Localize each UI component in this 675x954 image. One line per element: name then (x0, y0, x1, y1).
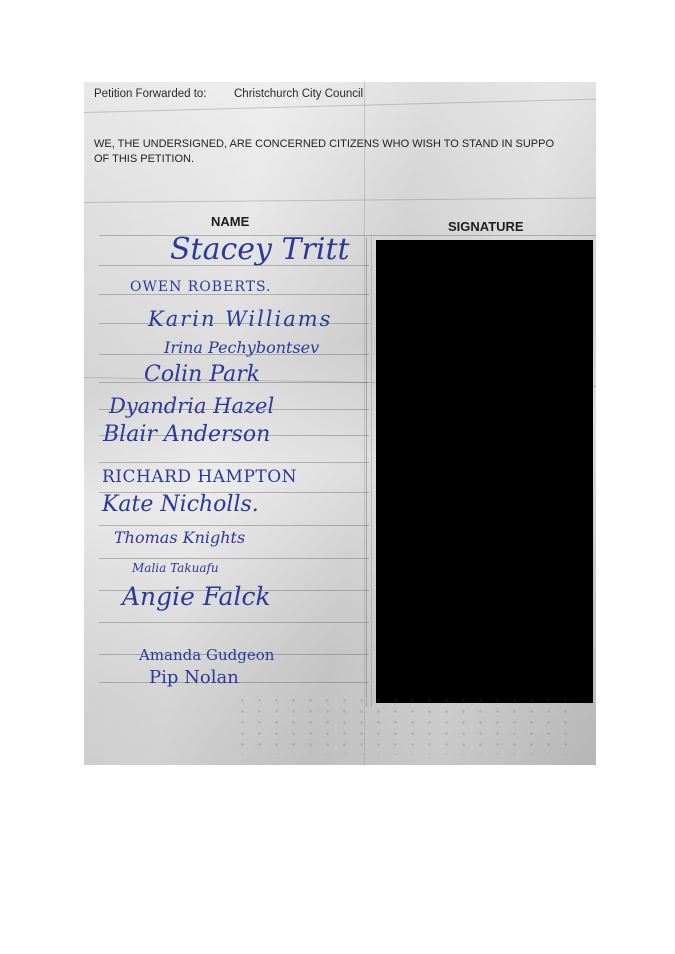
column-divider (371, 237, 372, 707)
signatory-name: Karin Williams (148, 307, 332, 331)
petition-photo: Petition Forwarded to: Christchurch City… (84, 82, 596, 765)
signatory-name: Malia Takuafu (132, 561, 219, 575)
signatory-name: Blair Anderson (103, 422, 270, 447)
signatory-name: Thomas Knights (114, 528, 245, 547)
column-header-name: NAME (211, 214, 249, 229)
statement-line-1: WE, THE UNDERSIGNED, ARE CONCERNED CITIZ… (94, 137, 596, 152)
signatory-name: OWEN ROBERTS. (130, 279, 272, 295)
forwarded-to: Christchurch City Council (234, 88, 363, 100)
ruled-line (99, 558, 369, 559)
signatory-name: Dyandria Hazel (109, 394, 274, 418)
paper-crease (84, 197, 596, 203)
forwarded-line: Petition Forwarded to: Christchurch City… (94, 88, 207, 100)
signature-redaction (376, 240, 593, 703)
signatory-name: Irina Pechybontsev (164, 338, 319, 357)
petition-statement: WE, THE UNDERSIGNED, ARE CONCERNED CITIZ… (94, 137, 596, 167)
ruled-line (99, 622, 369, 623)
column-divider (366, 237, 367, 707)
forwarded-label: Petition Forwarded to: (94, 88, 207, 100)
signatory-name: Pip Nolan (149, 667, 239, 688)
signatory-name: Angie Falck (122, 582, 271, 611)
column-header-signature: SIGNATURE (448, 219, 524, 234)
ruled-line (99, 525, 369, 526)
signatory-name: Colin Park (144, 362, 260, 387)
paper-crease (84, 98, 596, 113)
signatory-name: Amanda Gudgeon (139, 646, 274, 664)
paper-specks (234, 695, 574, 755)
statement-line-2: OF THIS PETITION. (94, 152, 596, 167)
signatory-name: Stacey Tritt (170, 232, 350, 267)
signatory-name: RICHARD HAMPTON (102, 467, 297, 487)
ruled-line (99, 462, 369, 463)
paper-fold (364, 82, 365, 765)
signatory-name: Kate Nicholls. (102, 492, 259, 517)
